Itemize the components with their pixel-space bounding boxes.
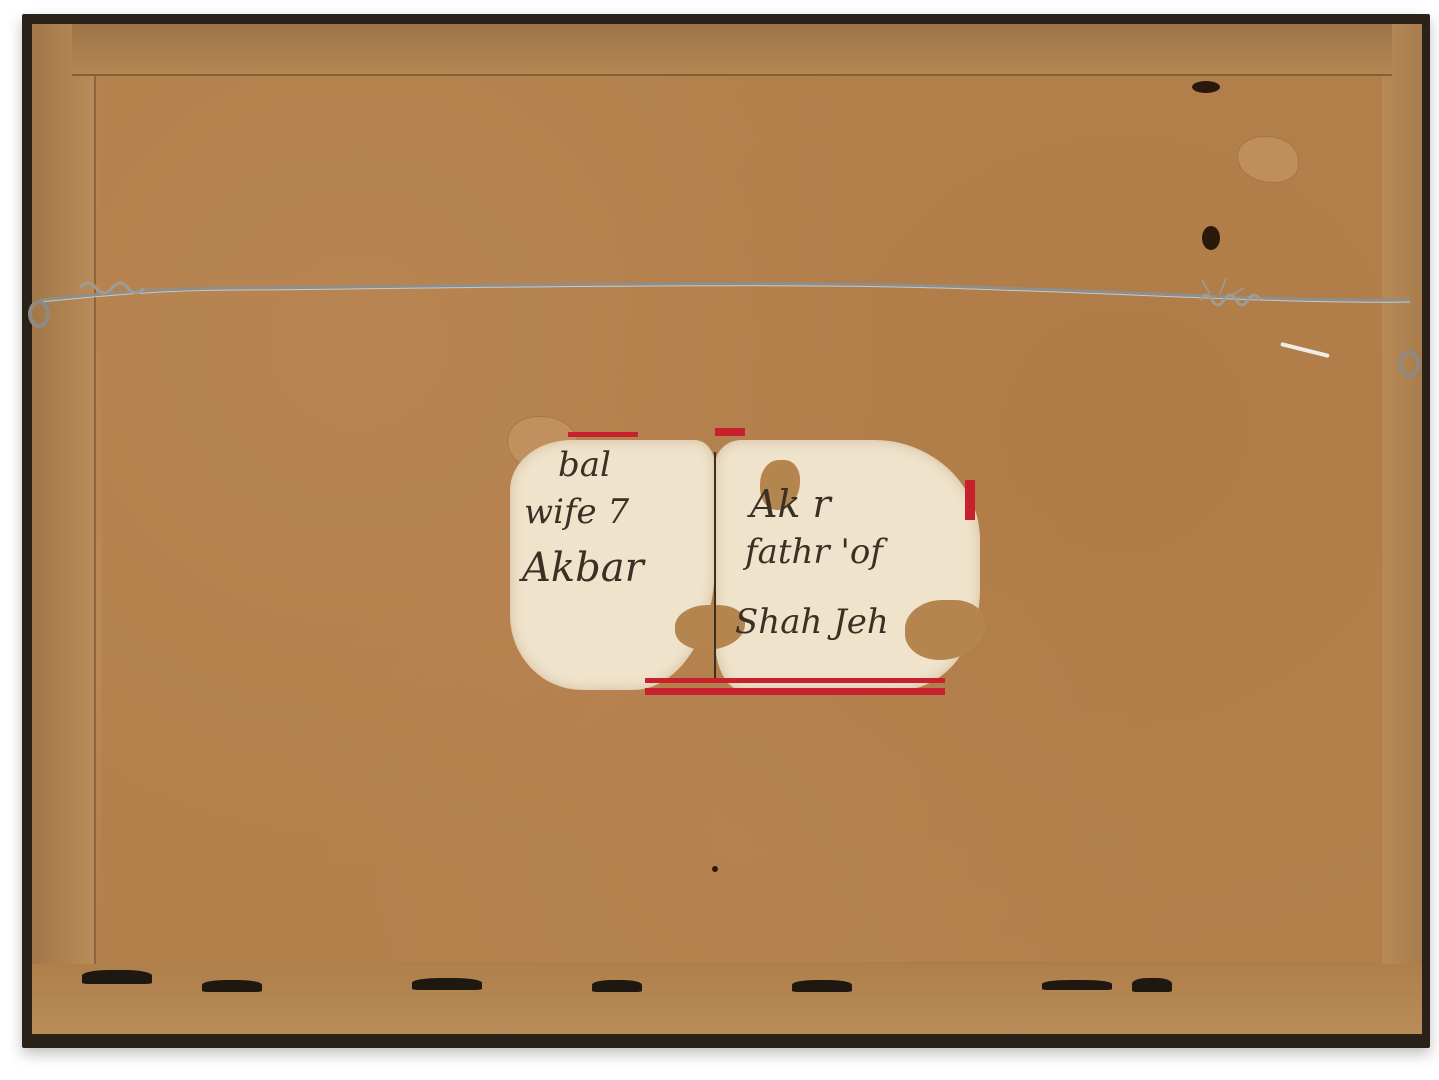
label-top-rule [715,428,745,436]
screw-eye-right [1398,350,1420,378]
puncture-hole [1192,81,1220,93]
torn-patch [905,600,985,660]
label-side-rule [965,480,975,520]
label-text-right-3: Shah Jeh [735,605,889,639]
water-stain [1237,136,1299,183]
screw-eye-left [28,300,50,328]
label-text-left-2: wife 7 [524,495,629,529]
label-column-divider [714,452,716,682]
rebate-right-edge [1382,24,1422,1034]
label-text-right-2: fathr 'of [745,535,883,569]
label-text-left-3: Akbar [522,548,644,588]
rebate-top-edge [72,24,1392,76]
torn-gap [1042,980,1112,990]
hanging-wire [40,258,1420,318]
handwritten-label: bal wife 7 Akbar Ak r fathr 'of Shah Jeh [510,430,980,705]
torn-gap [202,980,262,992]
torn-gap [792,980,852,992]
torn-gap [592,980,642,992]
label-top-rule [568,432,638,437]
puncture-hole [712,866,718,872]
label-bottom-rule [645,688,945,695]
label-text-right-1: Ak r [750,485,831,523]
torn-gap [82,970,152,984]
label-bottom-rule [645,678,945,683]
rebate-bottom-edge [32,964,1422,1034]
rebate-left-edge [32,24,96,1034]
torn-gap [412,978,482,990]
torn-gap [1132,978,1172,992]
label-text-left-1: bal [558,448,611,482]
puncture-hole [1202,226,1220,250]
